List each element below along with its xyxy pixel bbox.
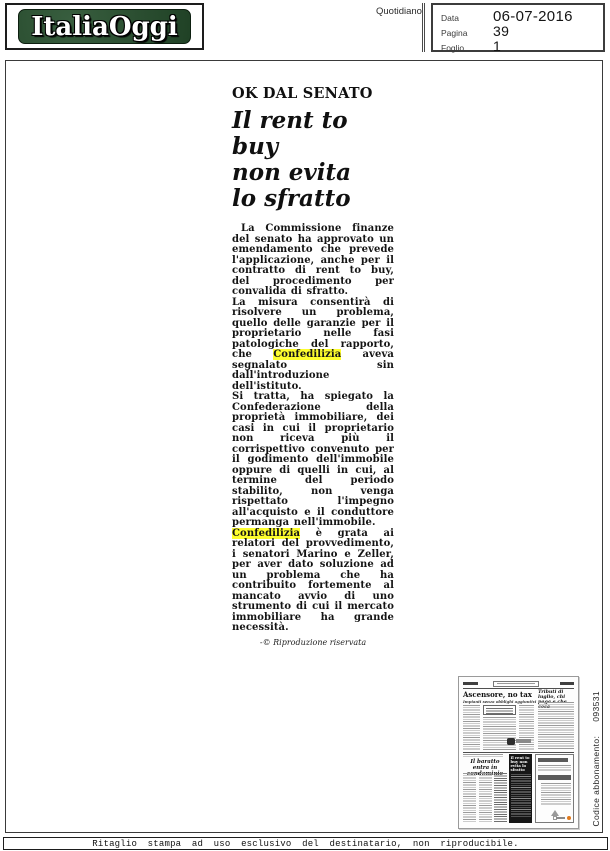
paragraph-text: La Commissione finanze del senato ha app… [232, 223, 394, 297]
mini-orange-logo [567, 816, 571, 820]
sheet-value: 1 [493, 38, 501, 54]
italiaoggi-logo-text: ItaliaOggi [31, 14, 178, 40]
mini-newspaper-page: Ascensore, no tax Impianti senza obbligh… [463, 680, 574, 825]
fake-inverted-text [511, 774, 531, 818]
mini-agency-logo-mark [507, 738, 515, 745]
header-divider [422, 3, 425, 52]
headline-line-2: non evita [232, 160, 394, 186]
mini-logo-bar [556, 817, 565, 819]
headline-line-1: Il rent to buy [232, 108, 394, 160]
article-paragraphs: La Commissione finanze del senato ha app… [232, 224, 394, 634]
paragraph-text: è grata ai relatori del provvedimento, i… [232, 528, 394, 634]
fake-text-column [494, 773, 507, 823]
page-value: 39 [493, 23, 509, 39]
footer-disclaimer-strip: Ritaglio stampa ad uso esclusivo del des… [3, 837, 608, 850]
clip-meta-box: Data 06-07-2016 Pagina 39 Foglio 1 [431, 3, 605, 52]
meta-row-date: Data 06-07-2016 [441, 8, 603, 23]
highlighted-term: Confedilizia [232, 528, 300, 539]
article-paragraph: Si tratta, ha spiegato la Confederazione… [232, 392, 394, 529]
sheet-label: Foglio [441, 43, 493, 53]
fake-text-line [486, 708, 513, 714]
periodicity-label: Quotidiano [376, 6, 422, 17]
footer-disclaimer-text: Ritaglio stampa ad uso esclusivo del des… [92, 839, 518, 849]
paragraph-text: Si tratta, ha spiegato la Confederazione… [232, 391, 394, 528]
copyright-signoff: -© Riproduzione riservata [232, 638, 394, 647]
date-label: Data [441, 13, 493, 23]
subscription-code-label: Codice abbonamento: [591, 736, 601, 827]
mini-rule-middle [463, 752, 574, 753]
fake-text-column [463, 773, 476, 823]
fake-bold-line [538, 758, 568, 762]
fake-dateline [463, 754, 503, 757]
meta-row-sheet: Foglio 1 [441, 38, 603, 53]
mini-clip-headline: Il rent to buy non evita lo sfratto [511, 756, 531, 773]
mini-masthead-left [463, 682, 478, 685]
fake-text-column [538, 702, 574, 750]
article: OK DAL SENATO Il rent to buy non evita l… [232, 85, 394, 647]
mini-headline-ascensore: Ascensore, no tax [463, 691, 535, 698]
fake-text-column [483, 717, 516, 750]
mini-masthead-right [560, 682, 574, 685]
article-paragraph: Confedilizia è grata ai relatori del pro… [232, 529, 394, 634]
fake-bold-line [538, 775, 571, 780]
headline-line-3: lo sfratto [232, 186, 394, 212]
article-paragraph: La Commissione finanze del senato ha app… [232, 224, 394, 298]
mini-agency-logo-text [516, 739, 531, 743]
mini-right-box [535, 754, 574, 823]
masthead-logo-box: ItaliaOggi [5, 3, 204, 50]
fake-text-column [463, 705, 480, 750]
meta-row-page: Pagina 39 [441, 23, 603, 38]
article-paragraph: La misura consentirà di risolvere un pro… [232, 298, 394, 393]
fake-text-column [538, 765, 571, 772]
subscription-code-value: 093531 [591, 691, 601, 722]
fake-text-line [497, 683, 535, 685]
mini-boxed-subhead [483, 705, 516, 715]
clipping-frame: OK DAL SENATO Il rent to buy non evita l… [5, 60, 603, 833]
page-label: Pagina [441, 28, 493, 38]
fake-text-column [479, 773, 492, 823]
mini-agency-logo [507, 737, 531, 745]
highlighted-term: Confedilizia [273, 349, 341, 360]
mini-subhead-impianti: Impianti senza obblighi aggiuntivi [463, 699, 535, 704]
article-kicker: OK DAL SENATO [232, 85, 394, 102]
italiaoggi-logo: ItaliaOggi [18, 9, 191, 44]
article-headline: Il rent to buy non evita lo sfratto [232, 108, 394, 212]
page-thumbnail: Ascensore, no tax Impianti senza obbligh… [458, 676, 579, 829]
fake-text-column [541, 783, 571, 805]
subscription-code: Codice abbonamento:093531 [591, 691, 601, 827]
mini-masthead-title-box [493, 681, 539, 687]
mini-highlighted-clip: Il rent to buy non evita lo sfratto [509, 754, 532, 823]
